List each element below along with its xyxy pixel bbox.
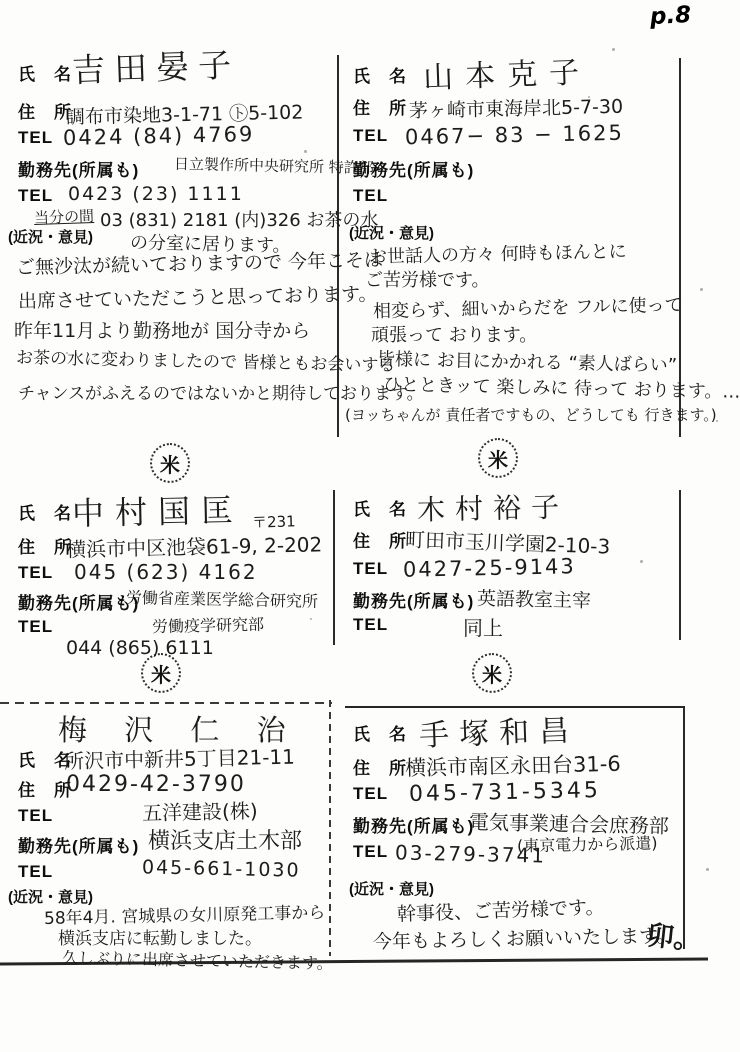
work-tel-label: TEL: [18, 617, 53, 637]
tel-label: TEL: [353, 784, 388, 804]
address-value: 横浜市中区池袋61-9, 2-202: [66, 528, 323, 562]
work-tel-value: 同上: [463, 612, 503, 641]
work-tel-label: TEL: [353, 615, 388, 635]
work-tel-note-prefix: 当分の間: [34, 205, 95, 228]
tel-value: 045 (623) 4162: [74, 560, 258, 584]
workplace-label: 勤務先(所属も): [18, 589, 139, 614]
tel-value: 045-731-5345: [409, 778, 601, 807]
work-tel-label: TEL: [18, 186, 53, 206]
work-tel-label: TEL: [353, 842, 388, 862]
entry-card-kimura: 氏 名 木村裕子 住 所 町田市玉川学園2-10-3 TEL 0427-25-9…: [345, 485, 685, 640]
workplace-value: 英語教室主宰: [477, 584, 592, 613]
sparkle-divider-icon: 米: [472, 653, 512, 693]
name-label: 氏 名: [353, 62, 407, 87]
name-label: 氏 名: [353, 495, 407, 520]
comment-line: 久しぶりに出席させていただきます。: [62, 950, 333, 972]
workplace-label: 勤務先(所属も): [353, 156, 474, 181]
comment-line: ご無沙汰が続いておりますので 今年こそは: [16, 251, 383, 278]
comment-line: ひとときッて 楽しみに 待って おります。…: [383, 376, 740, 401]
address-label: 住 所: [353, 527, 407, 552]
page-number: p.8: [649, 2, 692, 30]
tel-label: TEL: [353, 126, 388, 146]
comment-line: 横浜支店に転勤しました。: [58, 931, 262, 948]
address-label: 住 所: [18, 533, 72, 558]
name-label: 氏 名: [353, 720, 407, 745]
comment-line: 58年4月. 宮城県の女川原発工事から: [44, 905, 326, 928]
sparkle-glyph: 米: [482, 659, 502, 688]
address-value-on-name-line: 所沢市中新井5丁目21-11: [64, 741, 295, 775]
tel-value: 0424 (84) 4769: [63, 122, 255, 150]
name-value: 吉田晏子: [71, 39, 241, 92]
entry-card-nakamura: 氏 名 中村国匡 〒231 住 所 横浜市中区池袋61-9, 2-202 TEL…: [8, 487, 338, 652]
workplace-label: 勤務先(所属も): [18, 156, 139, 181]
workplace-dept-value: 労働疫学研究部: [152, 612, 264, 637]
comment-line: 皆様に お目にかかれる “素人ばらい”: [377, 351, 677, 375]
comments-label: (近況・意見): [8, 886, 93, 907]
entry-card-umezawa: 梅 沢 仁 治 氏 名 所沢市中新井5丁目21-11 住 所 0429-42-3…: [0, 698, 336, 960]
tel-label: TEL: [18, 806, 53, 826]
comment-line: お世話人の方々 何時もほんとに: [369, 243, 627, 266]
tel-label: TEL: [353, 559, 388, 579]
workplace-company-value: 五洋建設(株): [142, 795, 258, 826]
comment-line: 今年もよろしくお願いいたします。: [373, 927, 676, 952]
work-tel-value: 045-661-1030: [142, 856, 301, 881]
work-tel-value: 044 (865) 6111: [66, 637, 214, 659]
tel-label: TEL: [18, 128, 53, 148]
workplace-value: 労働省産業医学総合研究所: [126, 585, 318, 612]
tel-value-on-address-line: 0429-42-3790: [66, 772, 246, 797]
comment-line: ご苦労様です。: [365, 272, 490, 290]
tel-label: TEL: [18, 563, 53, 583]
comments-label: (近況・意見): [349, 222, 434, 243]
comment-line: 相変らず、細いからだを フルに使って: [373, 297, 683, 321]
address-label: 住 所: [353, 94, 407, 119]
name-value: 山本克子: [422, 47, 591, 97]
workplace-branch-value: 横浜支店土木部: [148, 824, 302, 855]
comment-line: 頑張って おります。: [371, 327, 537, 345]
sparkle-glyph: 米: [151, 659, 171, 688]
signature-scribble: 卯。: [645, 913, 703, 957]
comment-line: (ヨッちゃんが 責任者ですもの、どうしても 行きます。): [345, 408, 717, 423]
work-tel-note: (東京電力から派遣): [517, 831, 658, 857]
sparkle-glyph: 米: [160, 449, 180, 478]
scanned-directory-page: p.8 米 米 米 米 氏 名 吉田晏子 住 所 調布市染地3-1-71 ㋣5-…: [0, 0, 740, 1052]
work-tel-label: TEL: [353, 186, 388, 206]
name-value: 中村国匡: [72, 485, 245, 535]
tel-value: 0427-25-9143: [403, 554, 576, 582]
entry-card-yoshida: 氏 名 吉田晏子 住 所 調布市染地3-1-71 ㋣5-102 TEL 0424…: [8, 48, 338, 440]
sparkle-divider-icon: 米: [150, 443, 190, 483]
sparkle-divider-icon: 米: [478, 438, 518, 478]
workplace-label: 勤務先(所属も): [353, 812, 474, 837]
name-value: 手塚和昌: [418, 705, 579, 755]
address-value: 横浜市南区永田台31-6: [405, 748, 621, 783]
entry-card-yamamoto: 氏 名 山本克子 住 所 茅ヶ崎市東海岸北5-7-30 TEL 0467− 83…: [345, 48, 685, 440]
address-label: 住 所: [18, 776, 72, 801]
name-value: 木村裕子: [417, 485, 570, 528]
comments-label: (近況・意見): [349, 878, 434, 899]
address-label: 住 所: [18, 98, 72, 123]
workplace-value: 日立製作所中央研究所 特許部: [174, 153, 374, 178]
work-tel-label: TEL: [18, 862, 53, 882]
comment-line: 昨年11月より勤務地が 国分寺から: [14, 322, 310, 341]
address-value: 町田市玉川学園2-10-3: [405, 523, 611, 559]
address-value: 茅ヶ崎市東海岸北5-7-30: [409, 92, 624, 123]
comments-label: (近況・意見): [8, 226, 93, 247]
address-label: 住 所: [353, 754, 407, 779]
tel-value: 0467− 83 − 1625: [405, 121, 624, 150]
sparkle-divider-icon: 米: [141, 653, 181, 693]
name-label: 氏 名: [18, 499, 72, 524]
entry-card-tezuka: 氏 名 手塚和昌 住 所 横浜市南区永田台31-6 TEL 045-731-53…: [345, 700, 685, 955]
name-label: 氏 名: [18, 60, 72, 85]
comment-line: 幹事役、ご苦労様です。: [397, 898, 605, 924]
comment-line: 出席させていただこうと思っております。: [18, 285, 378, 312]
sparkle-glyph: 米: [488, 444, 508, 473]
workplace-label: 勤務先(所属も): [18, 832, 139, 857]
work-tel-value: 0423 (23) 1111: [68, 183, 244, 205]
workplace-label: 勤務先(所属も): [353, 587, 474, 612]
